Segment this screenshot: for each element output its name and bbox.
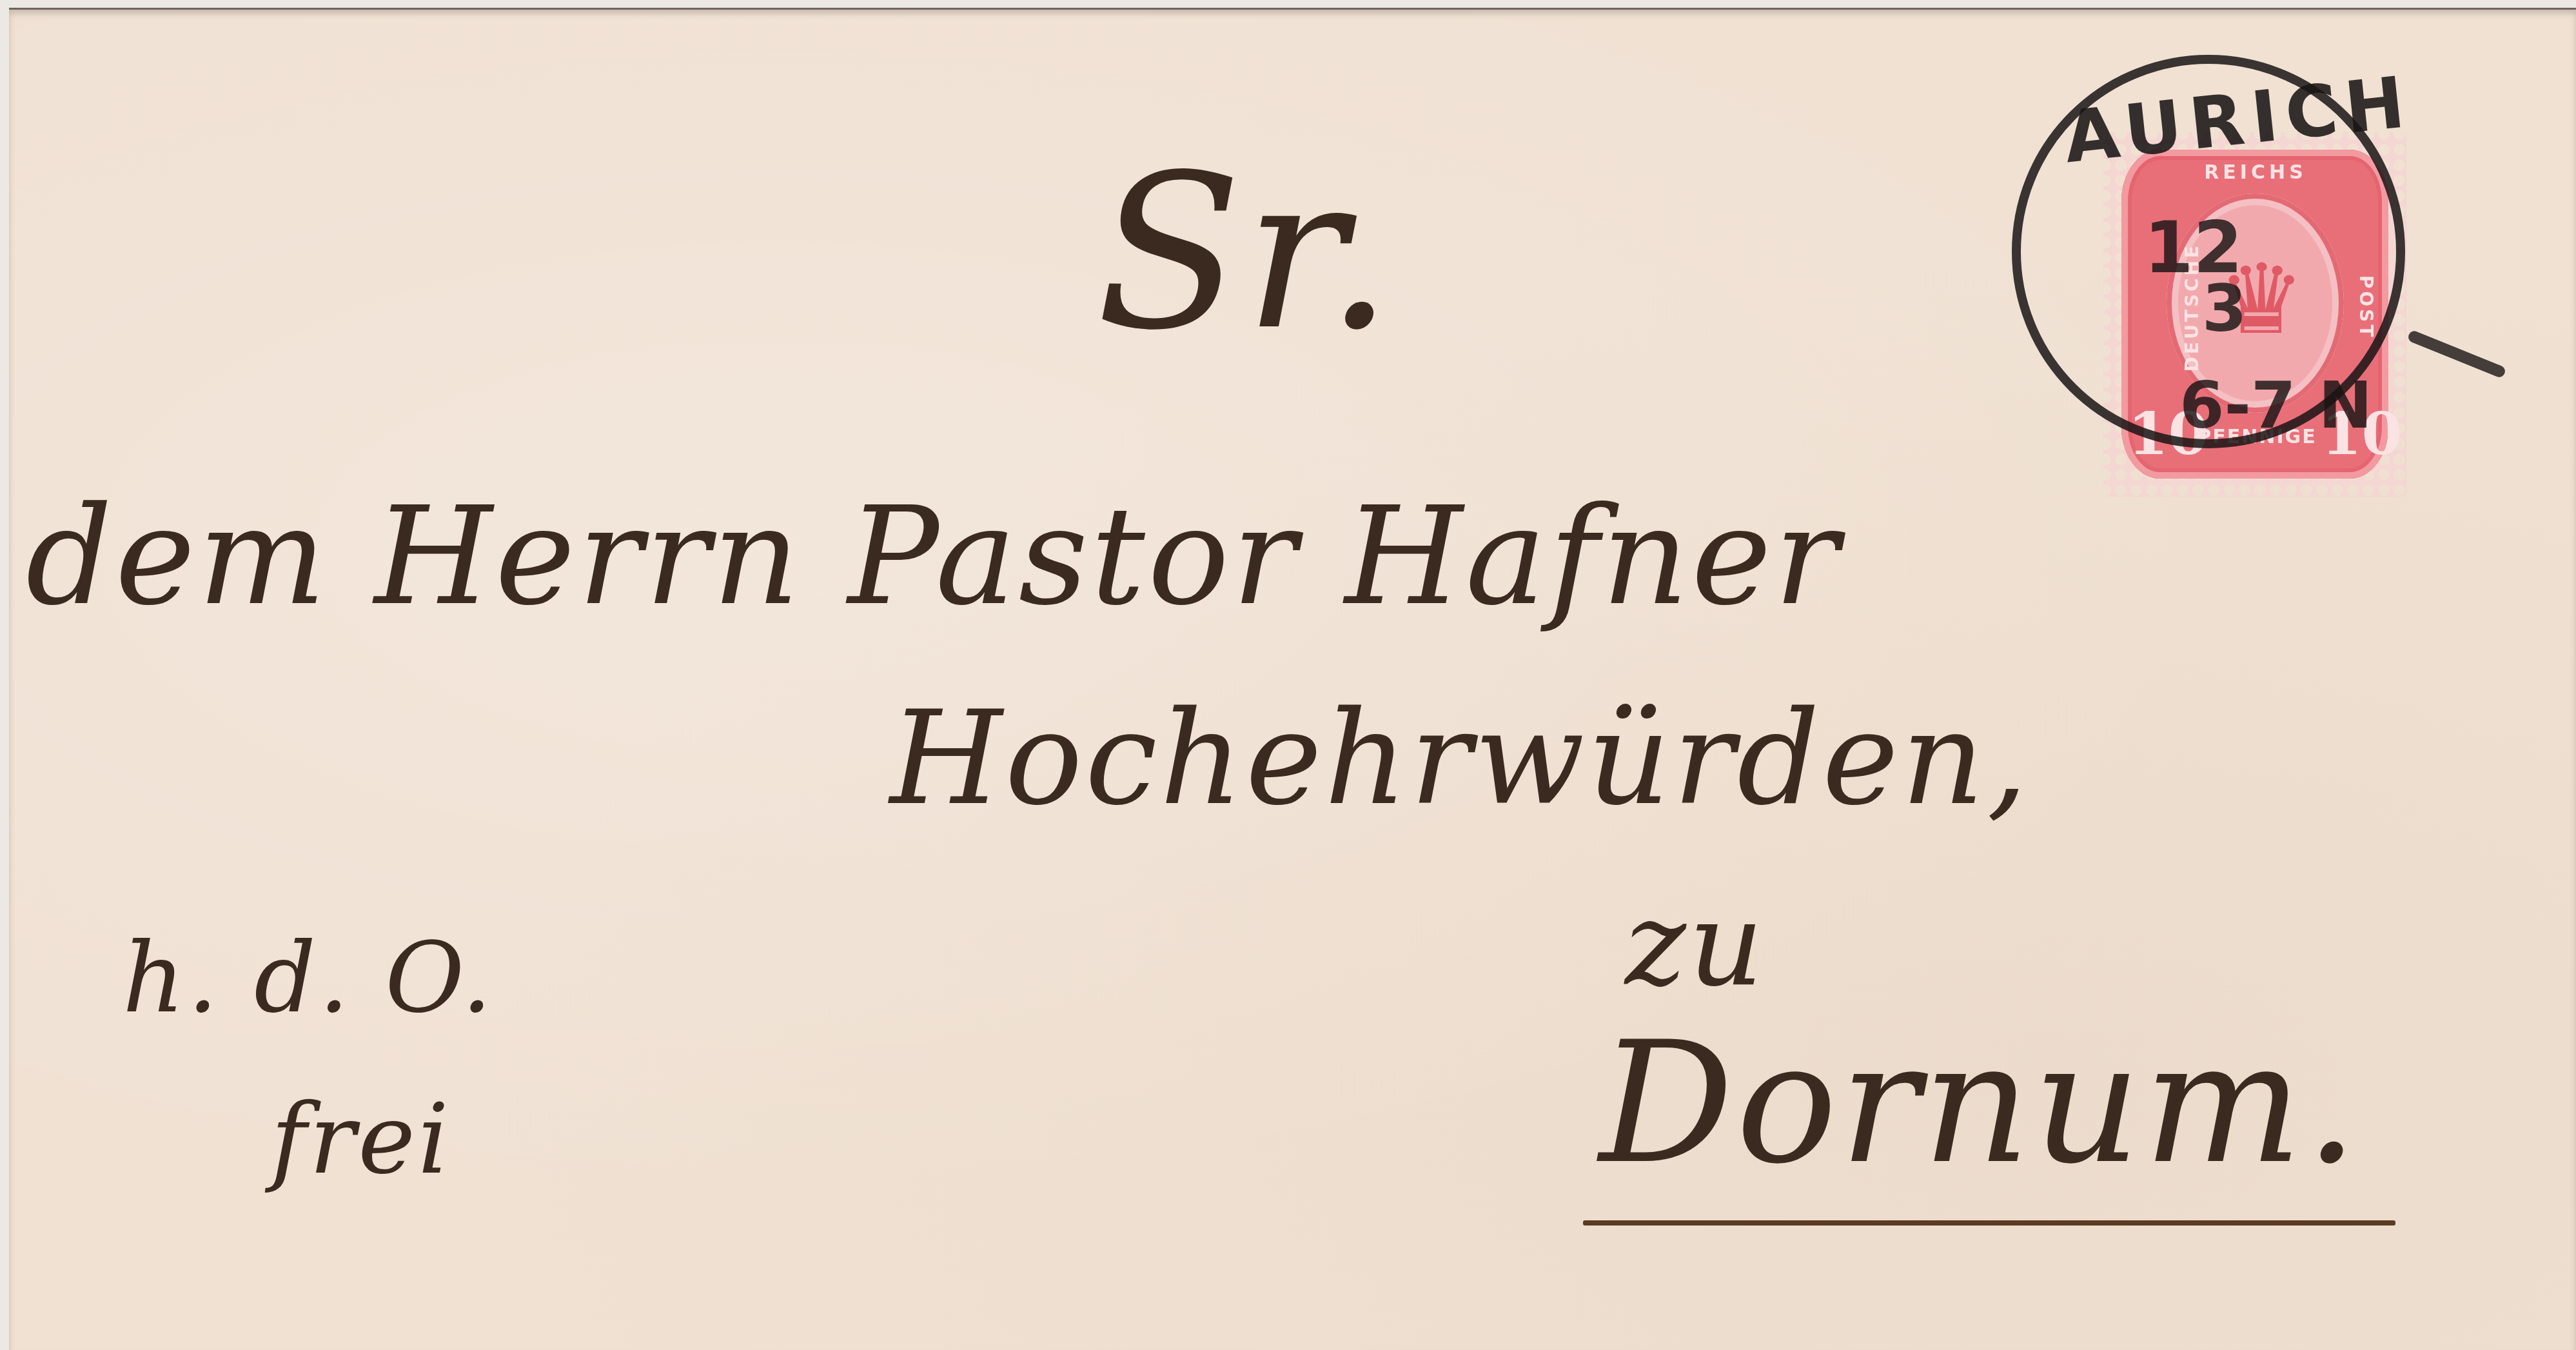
postmark-time: 6-7 N bbox=[2179, 368, 2372, 443]
address-preposition: zu bbox=[1625, 877, 1766, 1012]
address-recipient: dem Herrn Pastor Hafner bbox=[26, 477, 1842, 635]
address-destination: Dornum. bbox=[1599, 1006, 2361, 1201]
postmark-month: 3 bbox=[2202, 271, 2247, 346]
address-salutation: Sr. bbox=[1096, 129, 1395, 377]
note-frei: frei bbox=[271, 1084, 451, 1196]
address-title: Hochehrwürden, bbox=[890, 684, 2030, 834]
destination-underline bbox=[1583, 1220, 2395, 1226]
note-abbreviation: h. d. O. bbox=[123, 922, 495, 1035]
